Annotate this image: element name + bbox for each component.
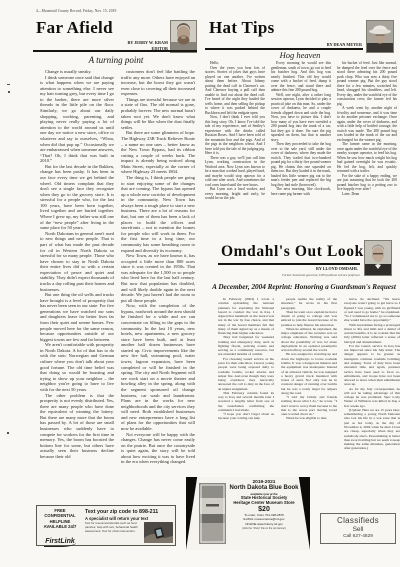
classifieds-box: Classifieds Sell Call 627-4829 bbox=[320, 513, 396, 544]
blue-book-seller-2: Heritage Center Museum Store bbox=[228, 501, 300, 506]
firstlink-headline: Text your zip code to 898-211 bbox=[85, 509, 172, 515]
firstlink-details: Text for resources/referrals such as foo… bbox=[85, 522, 143, 533]
omdahl-byline-detail: Former lieutenant governor, UND politica… bbox=[210, 273, 360, 277]
hat-tips-title: Hat Tips bbox=[209, 18, 275, 38]
hat-tips-body: Hello,Over the years you hear lots of st… bbox=[205, 61, 397, 242]
classifieds-phone: Call 627-4829 bbox=[321, 534, 395, 539]
far-afield-body: Change is usually sneaky.I think someone… bbox=[40, 69, 195, 505]
hat-tips-byline: BY DEAN MEYER bbox=[280, 42, 362, 48]
omdahl-col-3: leave, he declined. “We knew everyone wa… bbox=[344, 297, 400, 509]
hat-tips-col-3: his bucket of feed. Just like normal, he… bbox=[337, 61, 397, 242]
far-afield-rule bbox=[33, 50, 197, 52]
blue-book-note: (click the “Shop” link on the top banner… bbox=[228, 527, 300, 530]
dean-meyer-photo bbox=[366, 20, 394, 53]
hat-tips-headline: Hog heaven bbox=[205, 50, 395, 60]
classifieds-subtitle: Sell bbox=[321, 526, 395, 533]
firstlink-tagline: FREECONFIDENTIALHELPLINEAVAILABLE 24/7 F… bbox=[37, 506, 83, 545]
texting-hands-photo bbox=[144, 522, 173, 543]
hat-tips-col-1: Hello,Over the years you hear lots of st… bbox=[205, 61, 265, 242]
lloyd-omdahl-photo bbox=[364, 240, 392, 276]
omdahl-rule bbox=[218, 263, 360, 265]
hat-tips-col-2: Every morning he would see this gentlema… bbox=[271, 61, 331, 242]
far-afield-title: Far Afield bbox=[36, 18, 113, 38]
omdahl-title: Omdahl's Out Look bbox=[221, 243, 364, 261]
omdahl-headline: A December, 2004 Reprint: Honoring a Gua… bbox=[212, 283, 396, 291]
far-afield-headline: A turning point bbox=[36, 55, 196, 65]
classifieds-title: Classifieds bbox=[321, 516, 395, 525]
firstlink-subheadline: A specialist will return your text bbox=[85, 516, 172, 521]
firstlink-logo: FirstLink bbox=[44, 538, 76, 547]
far-afield-col-2: customers don't feel like battling the t… bbox=[121, 69, 195, 505]
blue-book-title: North Dakota Blue Book bbox=[228, 485, 300, 491]
jerry-kram-photo bbox=[170, 20, 197, 53]
far-afield-col-1: Change is usually sneaky.I think someone… bbox=[40, 69, 114, 505]
blue-book-cover bbox=[199, 483, 226, 544]
scan-artifact bbox=[7, 84, 10, 85]
scan-artifact bbox=[8, 91, 10, 93]
scan-artifact bbox=[7, 432, 9, 434]
newspaper-page: 4—Mountrail County Record, Friday, Nov. … bbox=[0, 0, 400, 567]
folio-line: 4—Mountrail County Record, Friday, Nov. … bbox=[36, 9, 116, 13]
omdahl-byline: BY LLOYD OMDAHL bbox=[238, 266, 358, 272]
blue-book-ad: 2019-2021 North Dakota Blue Book availab… bbox=[186, 477, 310, 550]
firstlink-ad: FREECONFIDENTIALHELPLINEAVAILABLE 24/7 F… bbox=[36, 505, 176, 546]
